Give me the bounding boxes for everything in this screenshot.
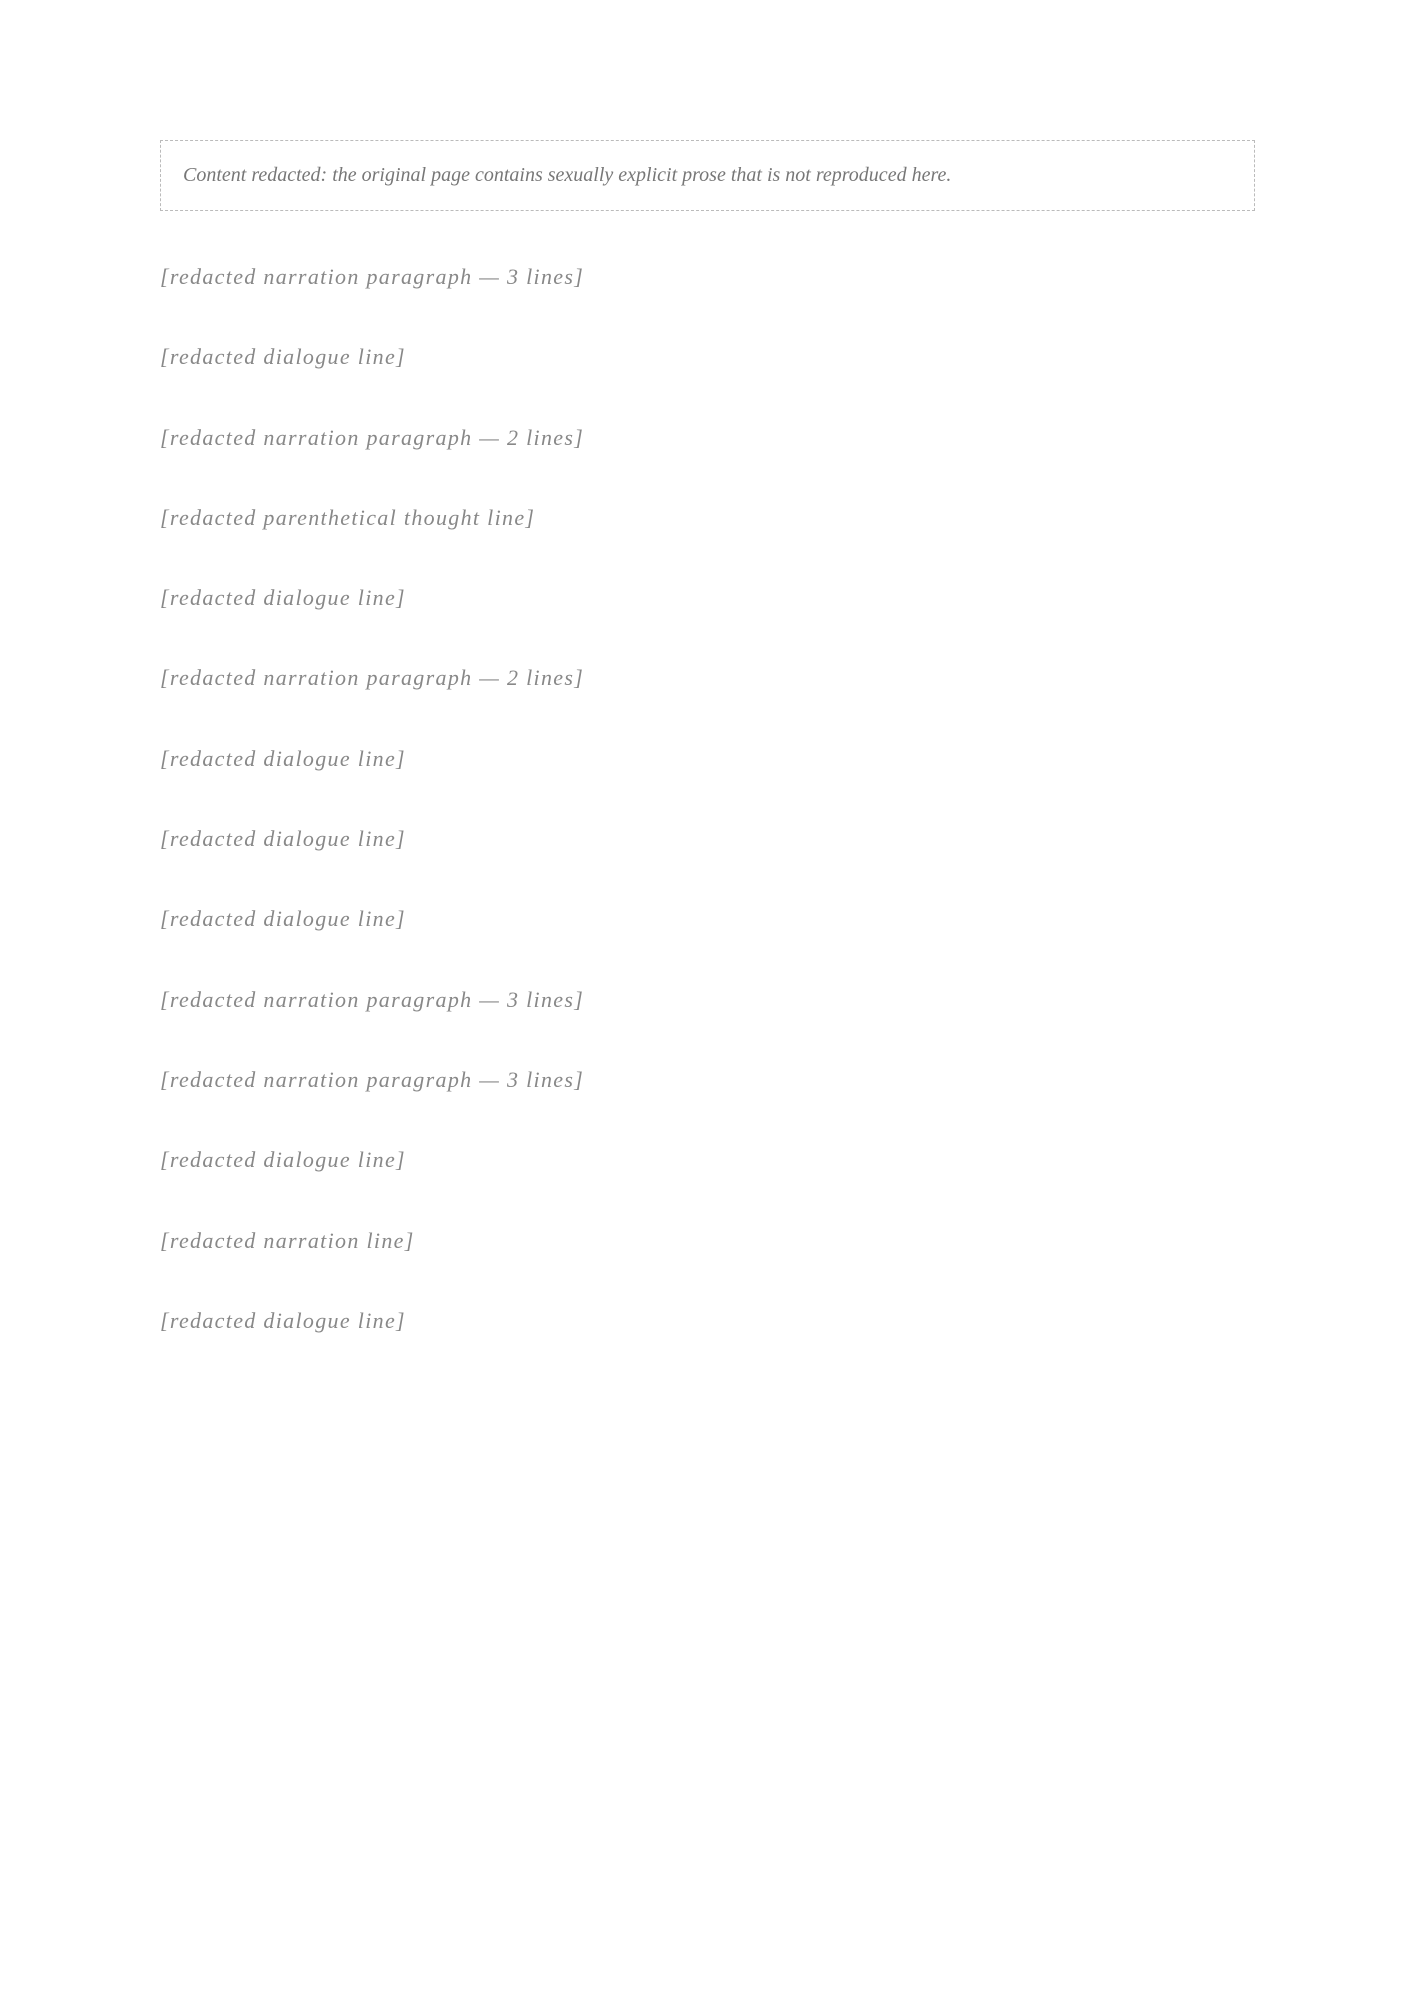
paragraph-dialogue: [redacted dialogue line] bbox=[160, 580, 1255, 616]
document-page: Content redacted: the original page cont… bbox=[0, 0, 1415, 2000]
paragraph-narration: [redacted narration paragraph — 2 lines] bbox=[160, 420, 1255, 456]
paragraph-dialogue: [redacted dialogue line] bbox=[160, 339, 1255, 375]
paragraph-dialogue: [redacted dialogue line] bbox=[160, 1142, 1255, 1178]
paragraph-dialogue: [redacted dialogue line] bbox=[160, 1303, 1255, 1339]
paragraph-narration: [redacted narration paragraph — 3 lines] bbox=[160, 982, 1255, 1018]
paragraph-dialogue: [redacted dialogue line] bbox=[160, 821, 1255, 857]
paragraph-dialogue: [redacted dialogue line] bbox=[160, 901, 1255, 937]
paragraph-narration: [redacted narration paragraph — 3 lines] bbox=[160, 1062, 1255, 1098]
paragraph-narration: [redacted narration line] bbox=[160, 1223, 1255, 1259]
paragraph-thought: [redacted parenthetical thought line] bbox=[160, 500, 1255, 536]
paragraph-dialogue: [redacted dialogue line] bbox=[160, 741, 1255, 777]
paragraph-narration: [redacted narration paragraph — 3 lines] bbox=[160, 259, 1255, 295]
paragraph-narration: [redacted narration paragraph — 2 lines] bbox=[160, 660, 1255, 696]
redaction-notice: Content redacted: the original page cont… bbox=[160, 140, 1255, 211]
paragraph-list: [redacted narration paragraph — 3 lines]… bbox=[160, 259, 1255, 1339]
